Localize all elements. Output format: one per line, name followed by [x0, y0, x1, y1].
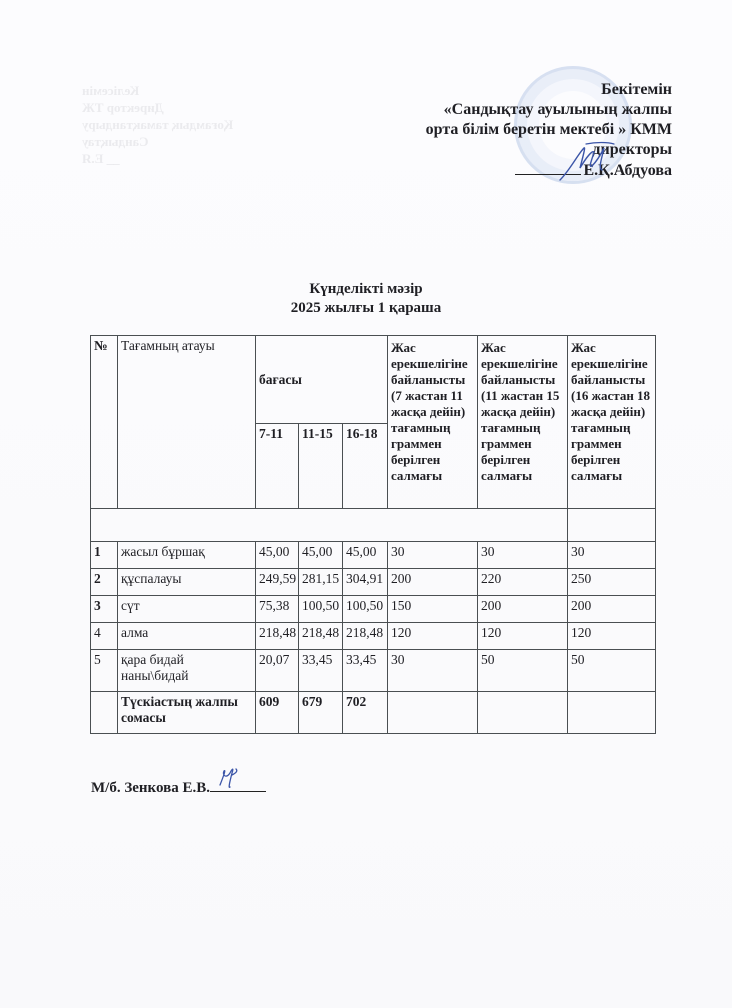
row-price: 249,59	[256, 569, 299, 596]
table-row: 4 алма 218,48 218,48 218,48 120 120 120	[91, 623, 656, 650]
director-signature-icon	[556, 140, 616, 182]
footer-signoff: М/б. Зенкова Е.В.	[91, 777, 266, 797]
row-number: 4	[91, 623, 118, 650]
total-row: Түскіастың жалпы сомасы 609 679 702	[91, 692, 656, 734]
header-number: №	[91, 336, 118, 509]
total-value: 609	[256, 692, 299, 734]
row-price: 33,45	[299, 650, 343, 692]
row-name: құспалауы	[118, 569, 256, 596]
header-weight-16-18: Жас ерекшелігіне байланысты (16 жастан 1…	[568, 336, 656, 509]
row-weight: 150	[388, 596, 478, 623]
row-price: 100,50	[299, 596, 343, 623]
empty-cell	[568, 509, 656, 542]
row-price: 304,91	[343, 569, 388, 596]
approval-block: Бекітемін «Сандықтау ауылының жалпы орта…	[426, 80, 672, 181]
row-price: 100,50	[343, 596, 388, 623]
row-price: 281,15	[299, 569, 343, 596]
row-name: қара бидай наны\бидай	[118, 650, 256, 692]
row-weight: 50	[568, 650, 656, 692]
row-weight: 200	[568, 596, 656, 623]
row-number: 2	[91, 569, 118, 596]
total-empty	[478, 692, 568, 734]
document-title-block: Күнделікті мәзір 2025 жылғы 1 қараша	[0, 280, 732, 318]
row-price: 75,38	[256, 596, 299, 623]
total-number	[91, 692, 118, 734]
row-number: 5	[91, 650, 118, 692]
row-weight: 120	[568, 623, 656, 650]
total-value: 702	[343, 692, 388, 734]
nurse-signature-icon	[216, 765, 246, 791]
header-price-16-18: 16-18	[343, 424, 388, 509]
table-row: 3 сүт 75,38 100,50 100,50 150 200 200	[91, 596, 656, 623]
empty-row	[91, 509, 656, 542]
document-date: 2025 жылғы 1 қараша	[0, 299, 732, 318]
row-weight: 200	[478, 596, 568, 623]
row-weight: 120	[388, 623, 478, 650]
approval-heading: Бекітемін	[426, 80, 672, 100]
row-price: 218,48	[343, 623, 388, 650]
document-title: Күнделікті мәзір	[0, 280, 732, 299]
header-price-7-11: 7-11	[256, 424, 299, 509]
menu-table: № Тағамның атауы бағасы Жас ерекшелігіне…	[90, 335, 656, 734]
approval-school-line2: орта білім беретін мектебі » КММ	[426, 120, 672, 140]
row-weight: 250	[568, 569, 656, 596]
header-weight-11-15: Жас ерекшелігіне байланысты (11 жастан 1…	[478, 336, 568, 509]
row-weight: 120	[478, 623, 568, 650]
bleed-through-text: КелісемінДиректор ТЖҚоғамдық тамақтандыр…	[82, 82, 342, 167]
row-price: 45,00	[299, 542, 343, 569]
approval-school-line1: «Сандықтау ауылының жалпы	[426, 100, 672, 120]
header-price: бағасы	[256, 336, 388, 424]
row-price: 218,48	[256, 623, 299, 650]
total-label: Түскіастың жалпы сомасы	[118, 692, 256, 734]
row-weight: 30	[568, 542, 656, 569]
total-value: 679	[299, 692, 343, 734]
header-weight-7-11: Жас ерекшелігіне байланысты (7 жастан 11…	[388, 336, 478, 509]
approval-position: директоры	[426, 140, 672, 160]
total-empty	[568, 692, 656, 734]
row-weight: 30	[478, 542, 568, 569]
row-number: 1	[91, 542, 118, 569]
document-page: КелісемінДиректор ТЖҚоғамдық тамақтандыр…	[0, 0, 732, 1008]
header-name: Тағамның атауы	[118, 336, 256, 509]
row-name: сүт	[118, 596, 256, 623]
empty-cell	[91, 509, 568, 542]
row-weight: 50	[478, 650, 568, 692]
table-row: 5 қара бидай наны\бидай 20,07 33,45 33,4…	[91, 650, 656, 692]
row-weight: 30	[388, 542, 478, 569]
row-price: 33,45	[343, 650, 388, 692]
total-empty	[388, 692, 478, 734]
table-row: 2 құспалауы 249,59 281,15 304,91 200 220…	[91, 569, 656, 596]
row-weight: 220	[478, 569, 568, 596]
row-name: алма	[118, 623, 256, 650]
row-name: жасыл бұршақ	[118, 542, 256, 569]
footer-signature-line	[210, 777, 266, 792]
row-weight: 200	[388, 569, 478, 596]
footer-label: М/б. Зенкова Е.В.	[91, 780, 210, 796]
row-weight: 30	[388, 650, 478, 692]
row-price: 45,00	[343, 542, 388, 569]
row-number: 3	[91, 596, 118, 623]
row-price: 218,48	[299, 623, 343, 650]
row-price: 45,00	[256, 542, 299, 569]
table-row: 1 жасыл бұршақ 45,00 45,00 45,00 30 30 3…	[91, 542, 656, 569]
row-price: 20,07	[256, 650, 299, 692]
header-price-11-15: 11-15	[299, 424, 343, 509]
